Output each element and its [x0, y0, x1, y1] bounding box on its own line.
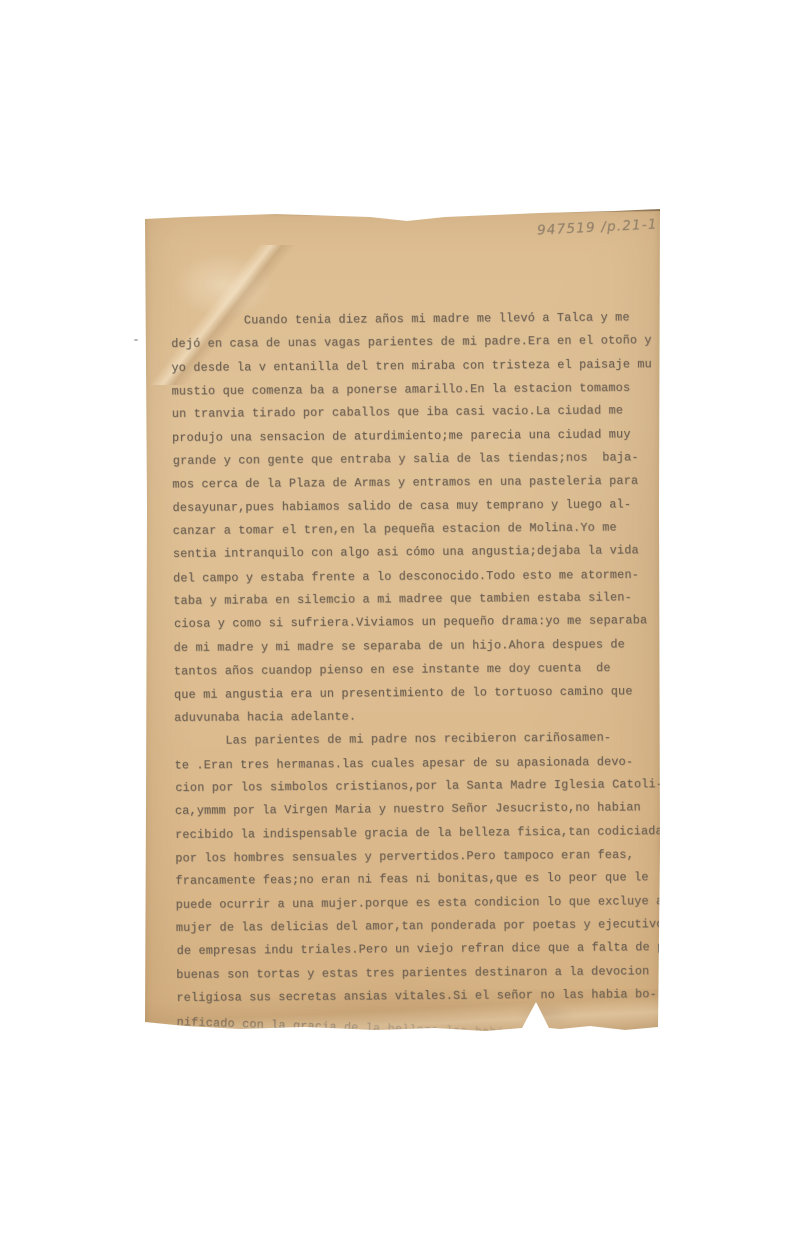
scan-speck	[134, 339, 138, 341]
text-line: yo desde la v entanilla del tren miraba …	[171, 353, 667, 380]
text-line: tantos años cuandop pienso en ese instan…	[174, 657, 670, 684]
paper-top-edge-shadow	[265, 208, 666, 217]
text-line: dejó en casa de unas vagas parientes de …	[171, 329, 667, 356]
text-line: del campo y estaba frente a lo desconoci…	[173, 563, 669, 590]
text-line: recibido la indispensable gracia de la b…	[175, 820, 671, 847]
manuscript-page: 947519 /p.21-1 Cuando tenia diez años mi…	[145, 207, 660, 1037]
text-line: francamente feas;no eran ni feas ni boni…	[175, 866, 671, 893]
typewritten-text: Cuando tenia diez años mi madre me llevó…	[171, 306, 673, 1034]
text-line: Las parientes de mi padre nos recibieron…	[174, 726, 670, 753]
text-line: cion por los simbolos cristianos,por la …	[175, 773, 671, 800]
text-line: un tranvia tirado por caballos que iba c…	[172, 399, 668, 426]
scan-background: { "scan": { "annotation_text": "947519 /…	[0, 0, 800, 1236]
text-line: de empresas indu triales.Pero un viejo r…	[177, 936, 673, 963]
text-line: religiosa sus secretas ansias vitales.Si…	[176, 983, 672, 1010]
text-line: nificado con la gracia de la belleza las…	[176, 1011, 672, 1050]
text-line: grande y con gente que entraba y salia d…	[173, 446, 669, 473]
text-line: ciosa y como si sufriera.Viviamos un peq…	[174, 610, 670, 637]
archival-annotation: 947519 /p.21-1	[537, 211, 758, 238]
text-line: de mi madre y mi madre se separaba de un…	[174, 633, 670, 660]
text-line: mos cerca de la Plaza de Armas y entramo…	[172, 470, 668, 497]
text-line: mustio que comenza ba a ponerse amarillo…	[172, 377, 668, 404]
text-line: sentia intranquilo con algo asi cómo una…	[173, 540, 669, 567]
text-line: por los hombres sensuales y pervertidos.…	[175, 843, 671, 870]
text-line: ca,ymmm por la Virgen Maria y nuestro Se…	[175, 796, 671, 823]
text-line: que mi angustia era un presentimiento de…	[174, 680, 670, 707]
